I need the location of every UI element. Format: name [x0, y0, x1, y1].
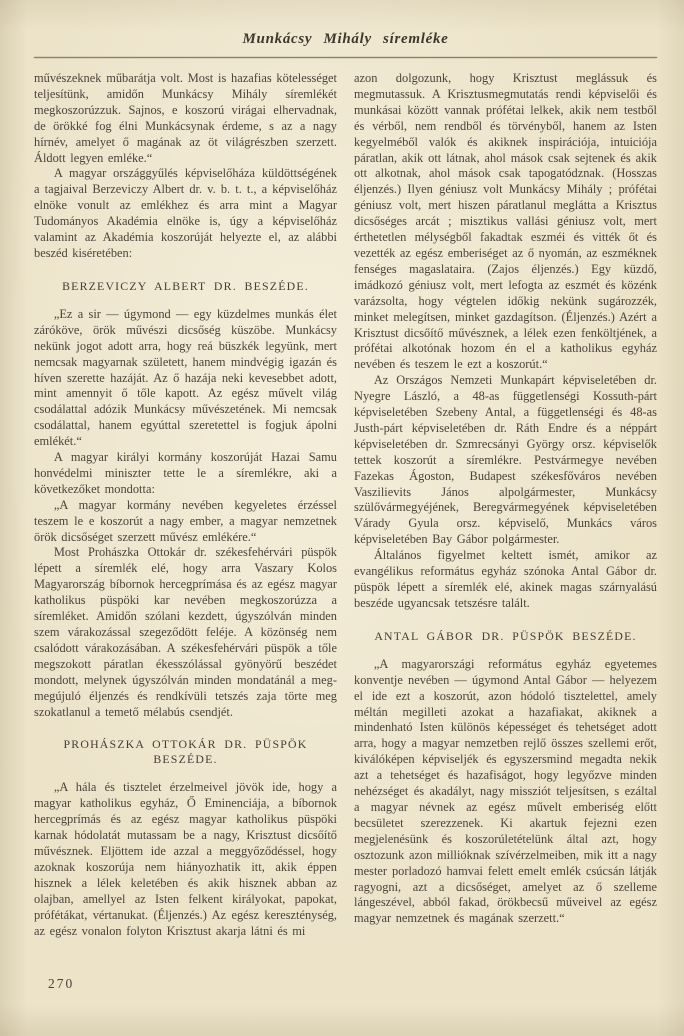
page-number: 270 [48, 976, 74, 992]
paragraph: Most Prohászka Ottokár dr. székesfehérvá… [34, 545, 337, 720]
paragraph: művészeknek műbarátja volt. Most is haza… [34, 71, 337, 166]
paragraph: azon dolgozunk, hogy Krisztust meglássuk… [354, 71, 657, 373]
page-header: Munkácsy Mihály síremléke [34, 30, 657, 58]
header-rule [34, 57, 657, 58]
paragraph: „Ez a sir — úgymond — egy küzdelmes munk… [34, 307, 337, 450]
left-column: művészeknek műbarátja volt. Most is haza… [34, 71, 337, 940]
speech-heading-berzeviczy: BERZEVICZY ALBERT DR. BESZÉDE. [34, 279, 337, 294]
paragraph: „A magyar kormány nevében kegyeletes érz… [34, 498, 337, 546]
paragraph: Általános figyelmet keltett ismét, amiko… [354, 548, 657, 612]
speech-heading-prohaszka: PROHÁSZKA OTTOKÁR DR. PÜSPÖK BESZÉDE. [34, 737, 337, 767]
paragraph: A magyar országgyűlés képviselőháza küld… [34, 166, 337, 261]
document-page: Munkácsy Mihály síremléke művészeknek mű… [0, 0, 684, 1036]
paragraph: A magyar királyi kormány koszorúját Haza… [34, 450, 337, 498]
paragraph: Az Országos Nemzeti Munkapárt képviselet… [354, 373, 657, 548]
paragraph: „A hála és tisztelet érzelmeivel jövök i… [34, 780, 337, 939]
paragraph: „A magyarországi református egyház egyet… [354, 657, 657, 927]
speech-heading-antal: ANTAL GÁBOR DR. PÜSPÖK BESZÉDE. [354, 629, 657, 644]
right-column: azon dolgozunk, hogy Krisztust meglássuk… [354, 71, 657, 940]
two-column-body: művészeknek műbarátja volt. Most is haza… [34, 71, 657, 940]
page-title: Munkácsy Mihály síremléke [243, 31, 449, 48]
